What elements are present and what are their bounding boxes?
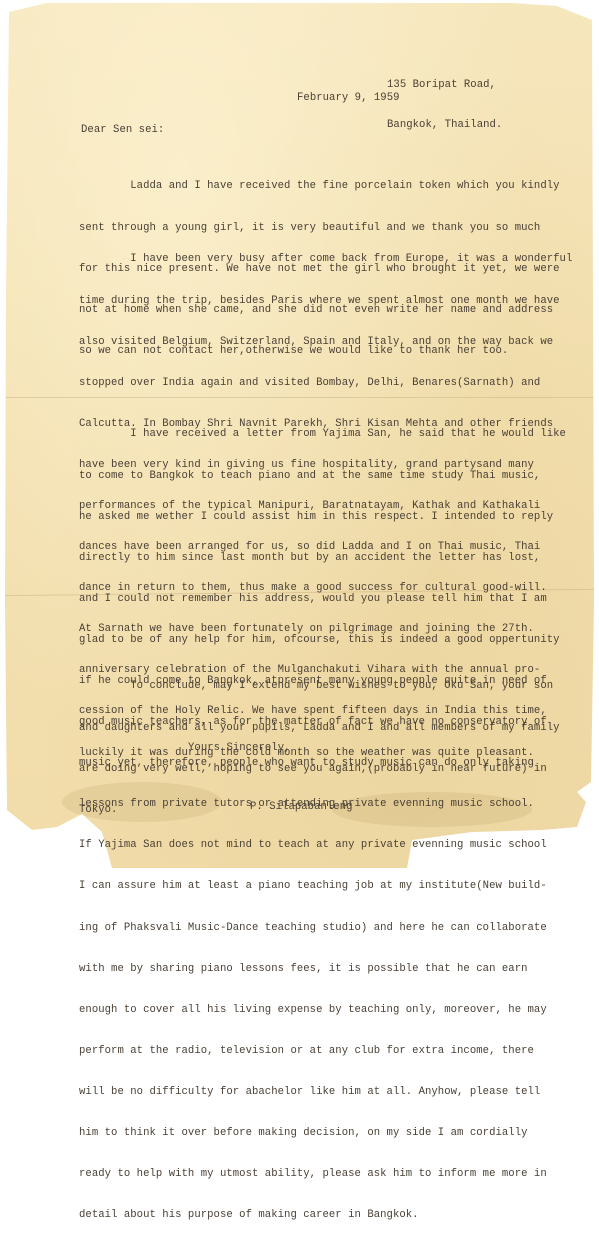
scanned-letter-page: 135 Boripat Road, Bangkok, Thailand. Feb…	[0, 0, 599, 870]
sender-address: 135 Boripat Road, Bangkok, Thailand.	[387, 53, 502, 158]
text-line: time during the trip, besides Paris wher…	[79, 295, 572, 309]
text-line: stopped over India again and visited Bom…	[79, 377, 572, 391]
text-line: he asked me wether I could assist him in…	[79, 511, 566, 525]
text-line: and I could not remember his address, wo…	[79, 593, 566, 607]
text-line: directly to him since last month but by …	[79, 552, 566, 566]
text-line: also visited Belgium, Switzerland, Spain…	[79, 336, 572, 350]
address-line: Bangkok, Thailand.	[387, 119, 502, 133]
text-line: To conclude, may I extend my best wishes…	[79, 680, 560, 694]
text-line: glad to be of any help for him, ofcourse…	[79, 634, 566, 648]
text-line: to come to Bangkok to teach piano and at…	[79, 470, 566, 484]
address-line: 135 Boripat Road,	[387, 79, 502, 93]
signature-name: P. Silapabanleng	[250, 801, 353, 815]
closing: Yours Sincerely,	[188, 742, 291, 756]
text-line: I have been very busy after come back fr…	[79, 253, 572, 267]
letter-date: February 9, 1959	[297, 92, 400, 106]
paragraph-conclusion: To conclude, may I extend my best wishes…	[79, 653, 560, 845]
salutation: Dear Sen sei:	[81, 124, 164, 138]
text-line: are doing very well, hoping to see you a…	[79, 763, 560, 777]
text-line: and daughters and all your pupils, Ladda…	[79, 722, 560, 736]
text-line: I have received a letter from Yajima San…	[79, 428, 566, 442]
text-line: Ladda and I have received the fine porce…	[79, 180, 560, 194]
